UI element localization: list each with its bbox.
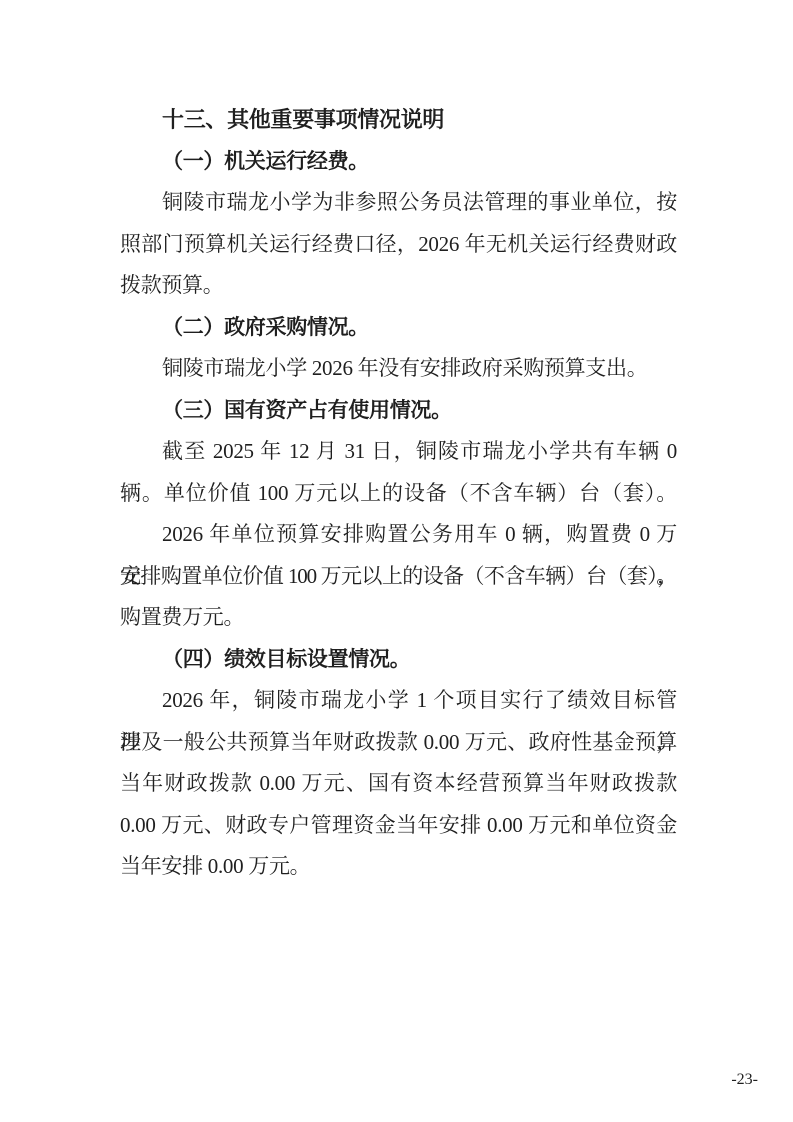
document-page: 十三、其他重要事项情况说明 （一）机关运行经费。 铜陵市瑞龙小学为非参照公务员法… (0, 0, 793, 1122)
paragraph-line: 涉及一般公共预算当年财政拨款 0.00 万元、政府性基金预算 (120, 722, 677, 764)
page-number: -23- (731, 1071, 758, 1089)
paragraph-line: 2026 年单位预算安排购置公务用车 0 辆，购置费 0 万元。 (120, 514, 677, 556)
paragraph-line: 当年安排 0.00 万元。 (120, 846, 677, 888)
paragraph-line: 铜陵市瑞龙小学 2026 年没有安排政府采购预算支出。 (120, 348, 677, 390)
subsection-heading-3: （三）国有资产占有使用情况。 (120, 390, 677, 432)
paragraph-line: 辆。单位价值 100 万元以上的设备（不含车辆）台（套）。 (120, 473, 677, 515)
subsection-heading-2: （二）政府采购情况。 (120, 307, 677, 349)
document-body: 十三、其他重要事项情况说明 （一）机关运行经费。 铜陵市瑞龙小学为非参照公务员法… (120, 99, 677, 888)
paragraph-line: 购置费万元。 (120, 597, 677, 639)
paragraph-line: 0.00 万元、财政专户管理资金当年安排 0.00 万元和单位资金 (120, 805, 677, 847)
paragraph-line: 铜陵市瑞龙小学为非参照公务员法管理的事业单位，按 (120, 182, 677, 224)
paragraph-line: 安排购置单位价值 100 万元以上的设备（不含车辆）台（套）， (120, 556, 677, 598)
paragraph-line: 照部门预算机关运行经费口径，2026 年无机关运行经费财政 (120, 224, 677, 266)
subsection-heading-1: （一）机关运行经费。 (120, 141, 677, 183)
subsection-heading-4: （四）绩效目标设置情况。 (120, 639, 677, 681)
paragraph-line: 2026 年，铜陵市瑞龙小学 1 个项目实行了绩效目标管理， (120, 680, 677, 722)
section-heading: 十三、其他重要事项情况说明 (120, 99, 677, 141)
paragraph-line: 拨款预算。 (120, 265, 677, 307)
paragraph-line: 截至 2025 年 12 月 31 日，铜陵市瑞龙小学共有车辆 0 (120, 431, 677, 473)
paragraph-line: 当年财政拨款 0.00 万元、国有资本经营预算当年财政拨款 (120, 763, 677, 805)
